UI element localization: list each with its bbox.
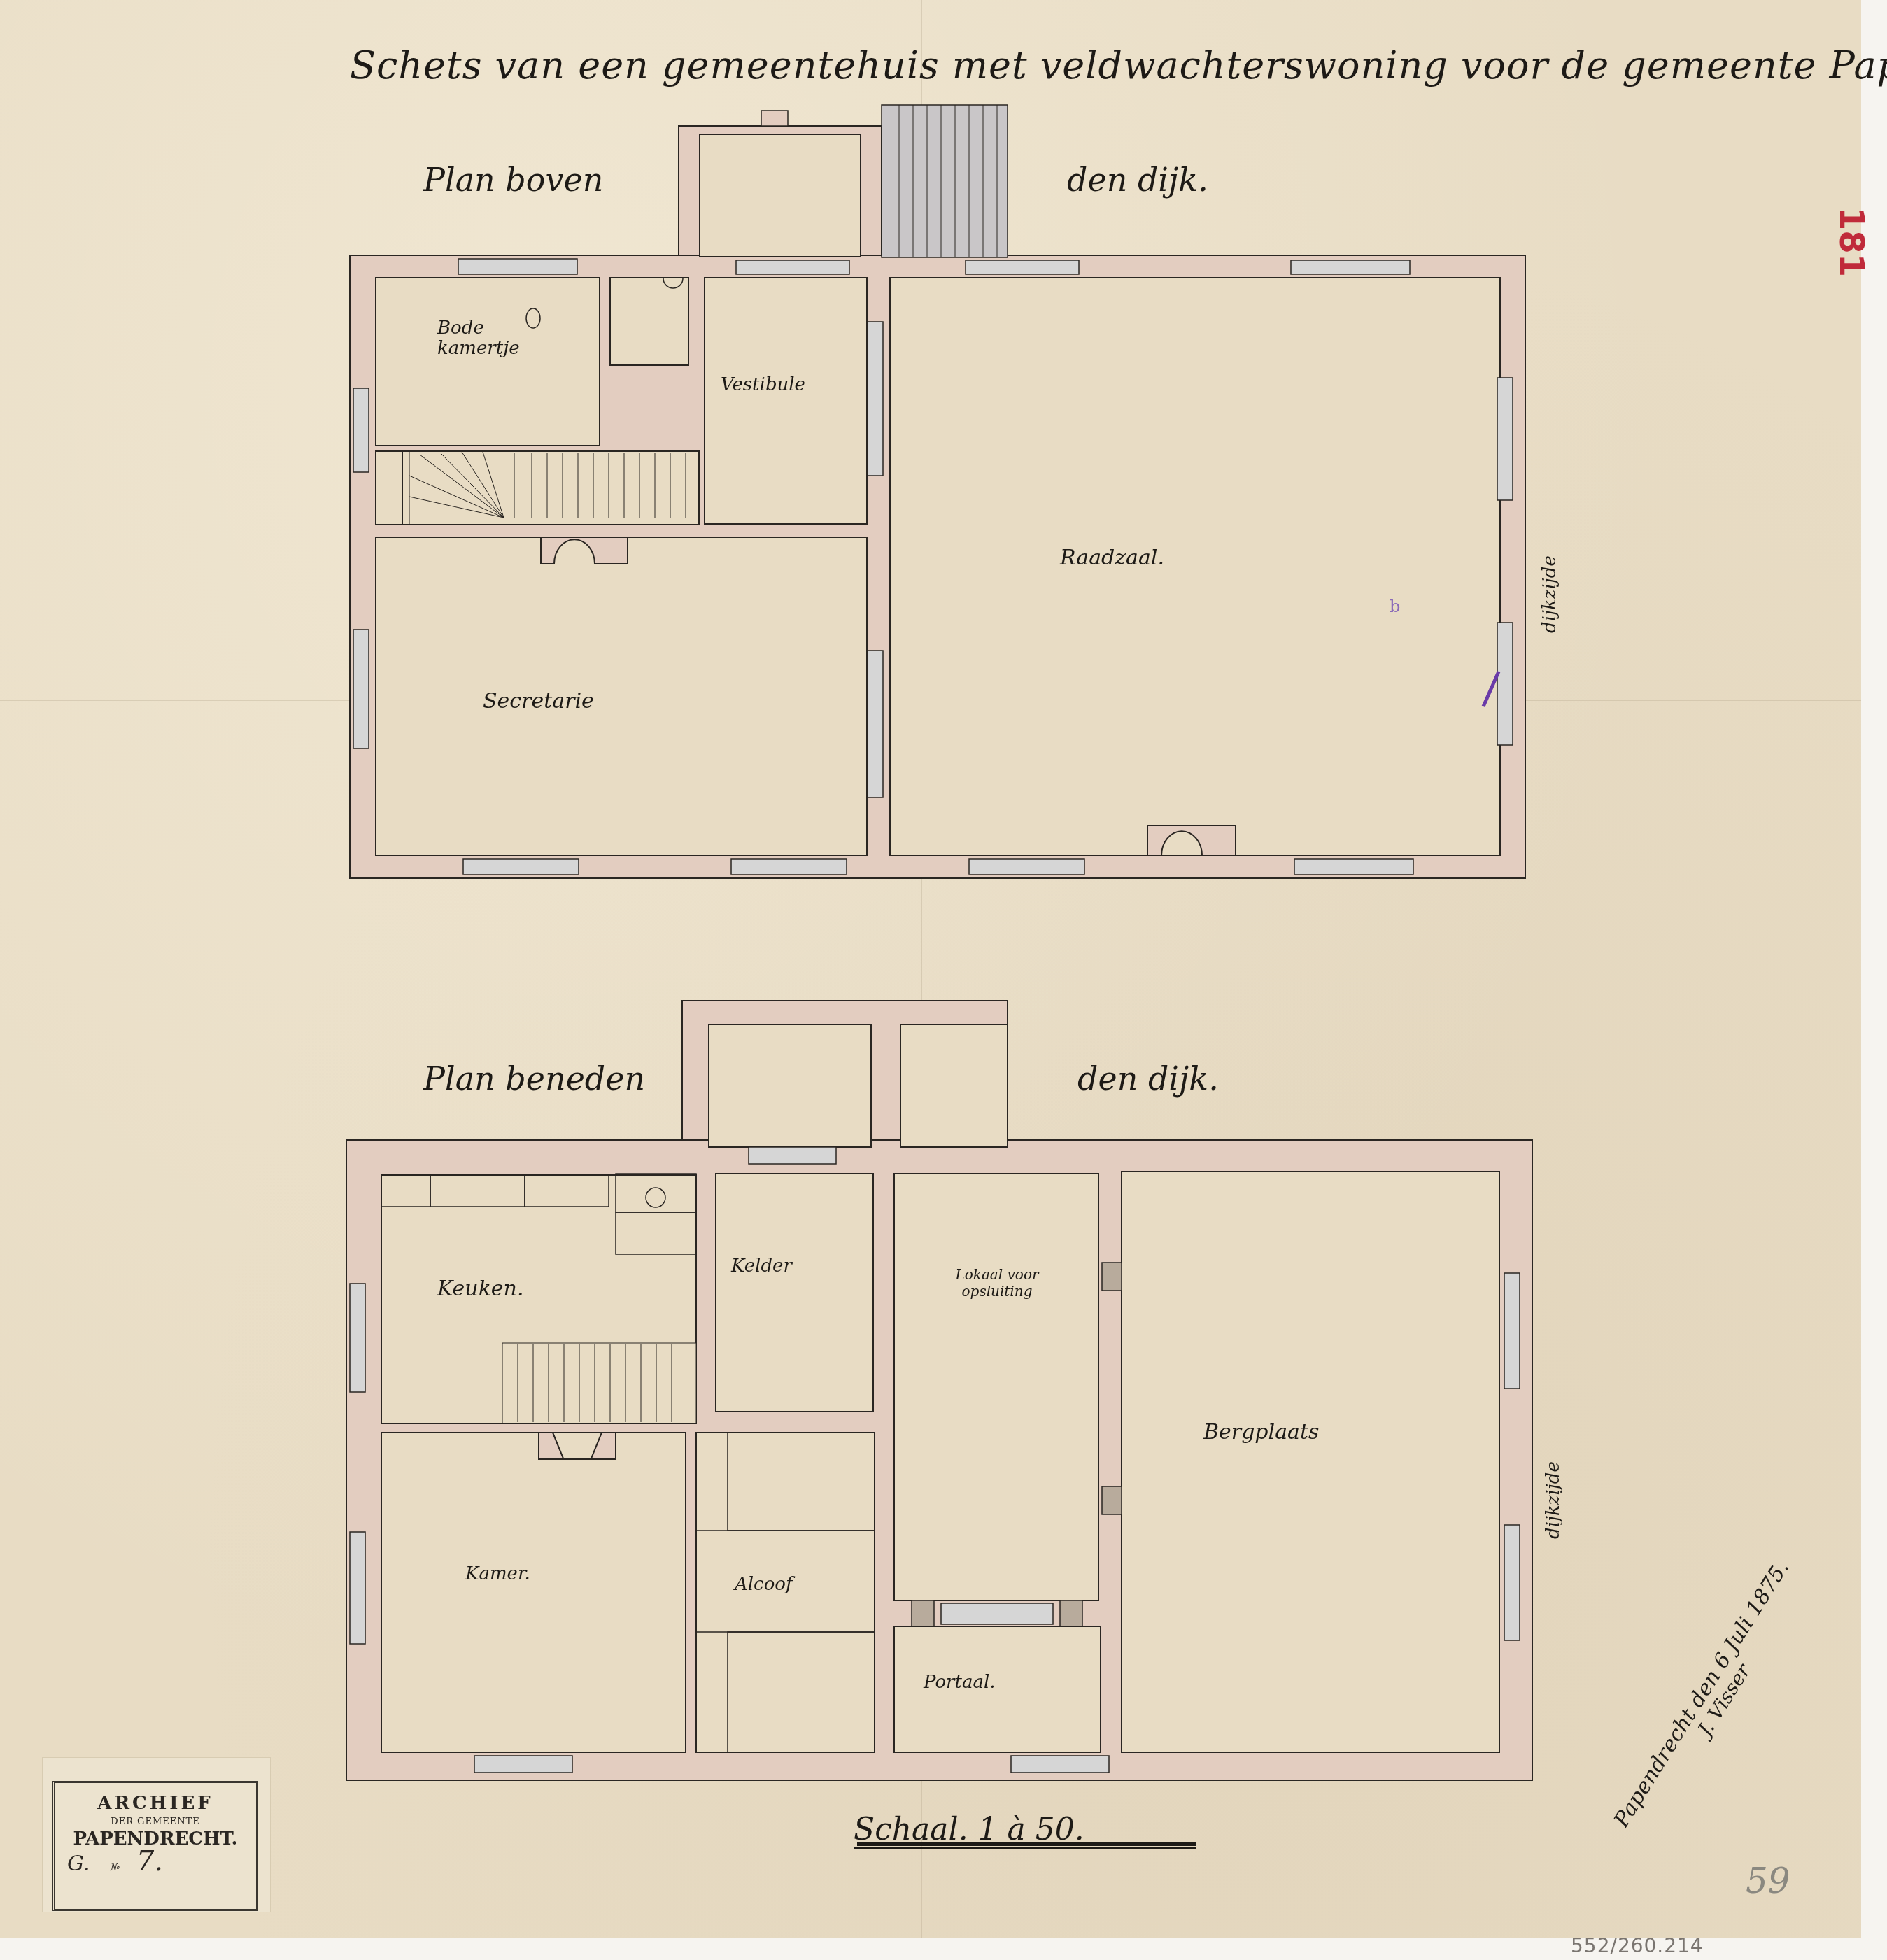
scale-rule bbox=[857, 1842, 1196, 1846]
upper-plan bbox=[350, 105, 1525, 878]
upper-side-note-dijkzijde: dijkzijde bbox=[1539, 555, 1560, 633]
stamp-line-der-gemeente: DER GEMEENTE bbox=[55, 1817, 256, 1827]
floor-plans-drawing: b bbox=[0, 0, 1887, 1960]
lower-plan-label-right: den dijk. bbox=[1077, 1060, 1219, 1098]
room-label-lokaal-voor-opsluiting: Lokaal voor opsluiting bbox=[938, 1266, 1056, 1300]
room-label-raadzaal: Raadzaal. bbox=[1060, 546, 1164, 570]
room-label-keuken: Keuken. bbox=[437, 1277, 523, 1301]
stamp-number-value: 7. bbox=[136, 1845, 163, 1877]
upper-plan-label-right: den dijk. bbox=[1067, 161, 1208, 199]
room-label-secretarie: Secretarie bbox=[483, 689, 594, 713]
stamp-number-row: G. № 7. bbox=[55, 1845, 256, 1877]
lower-side-note-dijkzijde: dijkzijde bbox=[1543, 1461, 1564, 1539]
room-label-kamer: Kamer. bbox=[465, 1563, 530, 1584]
room-label-bergplaats: Bergplaats bbox=[1203, 1420, 1319, 1444]
room-label-alcoof: Alcoof bbox=[735, 1574, 793, 1595]
stamp-number-label: № bbox=[111, 1862, 120, 1873]
document-title: Schets van een gemeentehuis met veldwach… bbox=[350, 43, 1887, 87]
stamp-series: G. bbox=[67, 1852, 90, 1876]
archive-stamp: ARCHIEF DER GEMEENTE PAPENDRECHT. G. № 7… bbox=[42, 1757, 271, 1912]
archive-stamp-border: ARCHIEF DER GEMEENTE PAPENDRECHT. G. № 7… bbox=[52, 1781, 258, 1911]
scale-rule-thin bbox=[854, 1847, 1196, 1849]
purple-tick: b bbox=[1390, 597, 1400, 616]
stamp-line-archief: ARCHIEF bbox=[55, 1793, 256, 1814]
room-label-vestibule: Vestibule bbox=[721, 374, 805, 395]
upper-plan-label-left: Plan boven bbox=[423, 161, 603, 199]
red-folio-number: 181 bbox=[1832, 207, 1871, 277]
room-label-kelder: Kelder bbox=[731, 1256, 792, 1277]
catalog-number: 552/260.214 bbox=[1571, 1934, 1704, 1957]
room-label-bode-kamertje: Bode kamertje bbox=[437, 318, 535, 358]
lower-plan bbox=[346, 1000, 1532, 1780]
room-label-portaal: Portaal. bbox=[924, 1672, 996, 1693]
pencil-number: 59 bbox=[1746, 1861, 1790, 1901]
lower-plan-label-left: Plan beneden bbox=[423, 1060, 645, 1098]
